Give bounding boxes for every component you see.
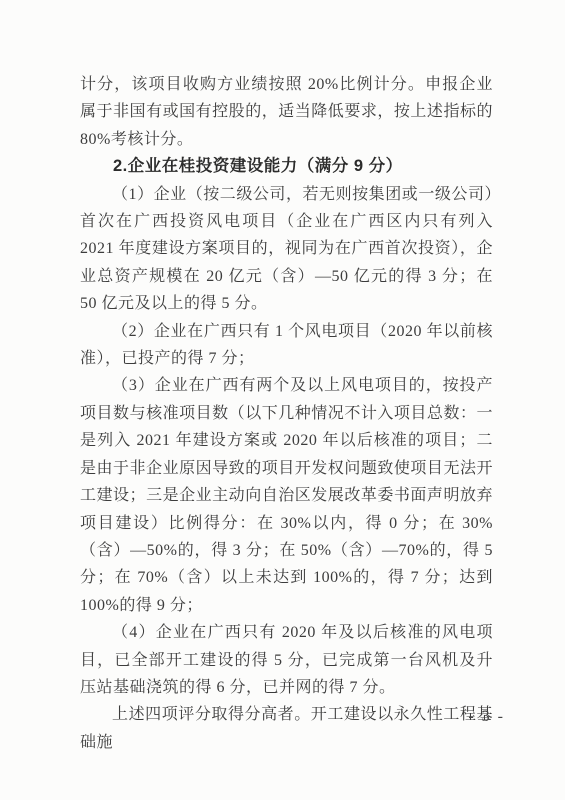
paragraph-item-2: （2）企业在广西只有 1 个风电项目（2020 年以前核准），已投产的得 7 分…	[80, 318, 493, 373]
paragraph-continuation: 计分，该项目收购方业绩按照 20%比例计分。申报企业属于非国有或国有控股的，适当…	[80, 71, 493, 153]
page-number: - 3 -	[468, 708, 505, 726]
document-page: 计分，该项目收购方业绩按照 20%比例计分。申报企业属于非国有或国有控股的，适当…	[0, 0, 565, 800]
paragraph-item-4: （4）企业在广西只有 2020 年及以后核准的风电项目，已全部开工建设的得 5 …	[80, 619, 493, 701]
document-body: 计分，该项目收购方业绩按照 20%比例计分。申报企业属于非国有或国有控股的，适当…	[80, 71, 493, 756]
paragraph-item-1: （1）企业（按二级公司，若无则按集团或一级公司）首次在广西投资风电项目（企业在广…	[80, 181, 493, 318]
paragraph-item-3: （3）企业在广西有两个及以上风电项目的，按投产项目数与核准项目数（以下几种情况不…	[80, 372, 493, 619]
section-heading: 2.企业在桂投资建设能力（满分 9 分）	[80, 153, 493, 180]
paragraph-closing: 上述四项评分取得分高者。开工建设以永久性工程基础施	[80, 701, 493, 756]
